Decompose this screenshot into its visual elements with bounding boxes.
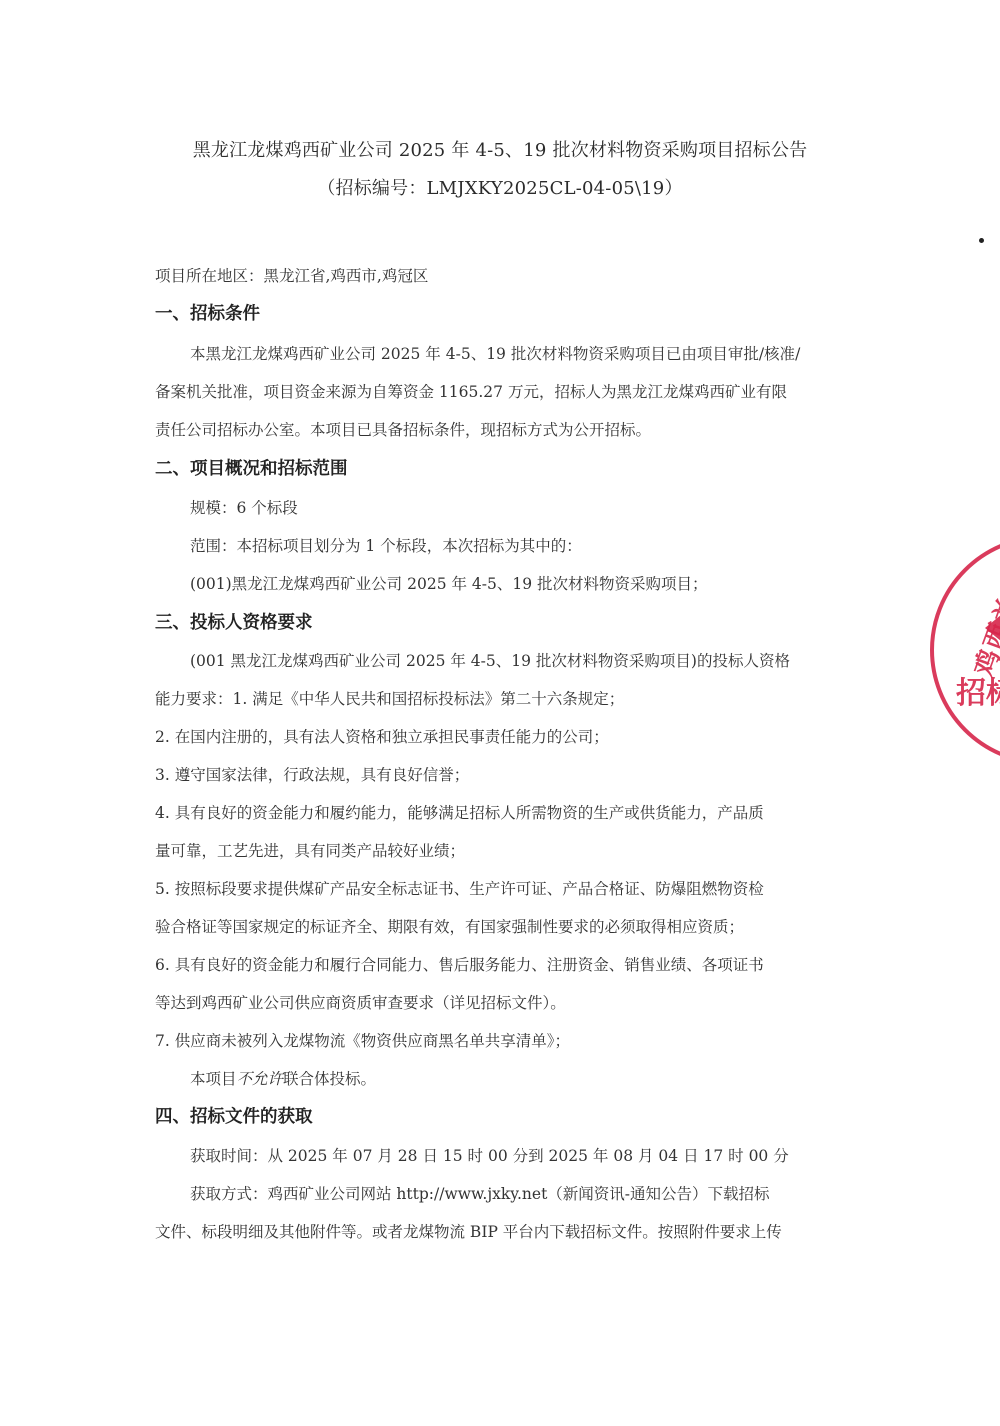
qualification-line: 量可靠，工艺先进，具有同类产品较好业绩；	[155, 841, 845, 861]
obtain-method-line: 获取方式：鸡西矿业公司网站 http://www.jxky.net（新闻资讯-通…	[190, 1184, 880, 1204]
joint-bid-prefix: 本项目	[190, 1070, 237, 1088]
section-heading-bidder-qualifications: 三、投标人资格要求	[155, 612, 313, 634]
obtain-method-line: 文件、标段明细及其他附件等。或者龙煤物流 BIP 平台内下载招标文件。按照附件要…	[155, 1222, 845, 1242]
obtain-time-line: 获取时间：从 2025 年 07 月 28 日 15 时 00 分到 2025 …	[190, 1146, 880, 1166]
scale-line: 规模：6 个标段	[190, 498, 880, 518]
qualification-line: 2. 在国内注册的，具有法人资格和独立承担民事责任能力的公司；	[155, 727, 845, 747]
scan-speck	[979, 238, 984, 243]
joint-bid-emphasis: 不允许	[237, 1070, 284, 1088]
qualification-line: 等达到鸡西矿业公司供应商资质审查要求（详见招标文件）。	[155, 993, 845, 1013]
document-tender-number: （招标编号：LMJXKY2025CL-04-05\19）	[0, 174, 1000, 200]
qualification-line: 3. 遵守国家法律，行政法规，具有良好信誉；	[155, 765, 845, 785]
qualification-line: 能力要求：1. 满足《中华人民共和国招标投标法》第二十六条规定；	[155, 689, 845, 709]
seal-star-icon	[985, 610, 1000, 646]
scope-line: 范围：本招标项目划分为 1 个标段，本次招标为其中的：	[190, 536, 880, 556]
qualification-line: 5. 按照标段要求提供煤矿产品安全标志证书、生产许可证、产品合格证、防爆阻燃物资…	[155, 879, 845, 899]
qualification-line: 验合格证等国家规定的标证齐全、期限有效，有国家强制性要求的必须取得相应资质；	[155, 917, 845, 937]
document-page: 黑龙江龙煤鸡西矿业公司 2025 年 4-5、19 批次材料物资采购项目招标公告…	[0, 0, 1000, 1426]
joint-bid-line: 本项目不允许联合体投标。	[190, 1069, 880, 1089]
section-heading-obtain-documents: 四、招标文件的获取	[155, 1106, 313, 1128]
seal-center-text: 招标	[956, 668, 1000, 712]
project-location: 项目所在地区：黑龙江省,鸡西市,鸡冠区	[155, 266, 845, 286]
qualification-line: 7. 供应商未被列入龙煤物流《物资供应商黑名单共享清单》；	[155, 1031, 845, 1051]
document-title: 黑龙江龙煤鸡西矿业公司 2025 年 4-5、19 批次材料物资采购项目招标公告	[0, 136, 1000, 162]
joint-bid-suffix: 联合体投标。	[283, 1070, 376, 1088]
section-heading-project-scope: 二、项目概况和招标范围	[155, 458, 348, 480]
lot-line: (001)黑龙江龙煤鸡西矿业公司 2025 年 4-5、19 批次材料物资采购项…	[190, 574, 880, 594]
section-heading-tender-conditions: 一、招标条件	[155, 303, 260, 325]
paragraph-line: 本黑龙江龙煤鸡西矿业公司 2025 年 4-5、19 批次材料物资采购项目已由项…	[190, 344, 880, 364]
qualification-line: 4. 具有良好的资金能力和履约能力，能够满足招标人所需物资的生产或供货能力，产品…	[155, 803, 845, 823]
qualification-line: (001 黑龙江龙煤鸡西矿业公司 2025 年 4-5、19 批次材料物资采购项…	[190, 651, 880, 671]
qualification-line: 6. 具有良好的资金能力和履行合同能力、售后服务能力、注册资金、销售业绩、各项证…	[155, 955, 845, 975]
paragraph-line: 备案机关批准，项目资金来源为自筹资金 1165.27 万元，招标人为黑龙江龙煤鸡…	[155, 382, 845, 402]
paragraph-line: 责任公司招标办公室。本项目已具备招标条件，现招标方式为公开招标。	[155, 420, 845, 440]
